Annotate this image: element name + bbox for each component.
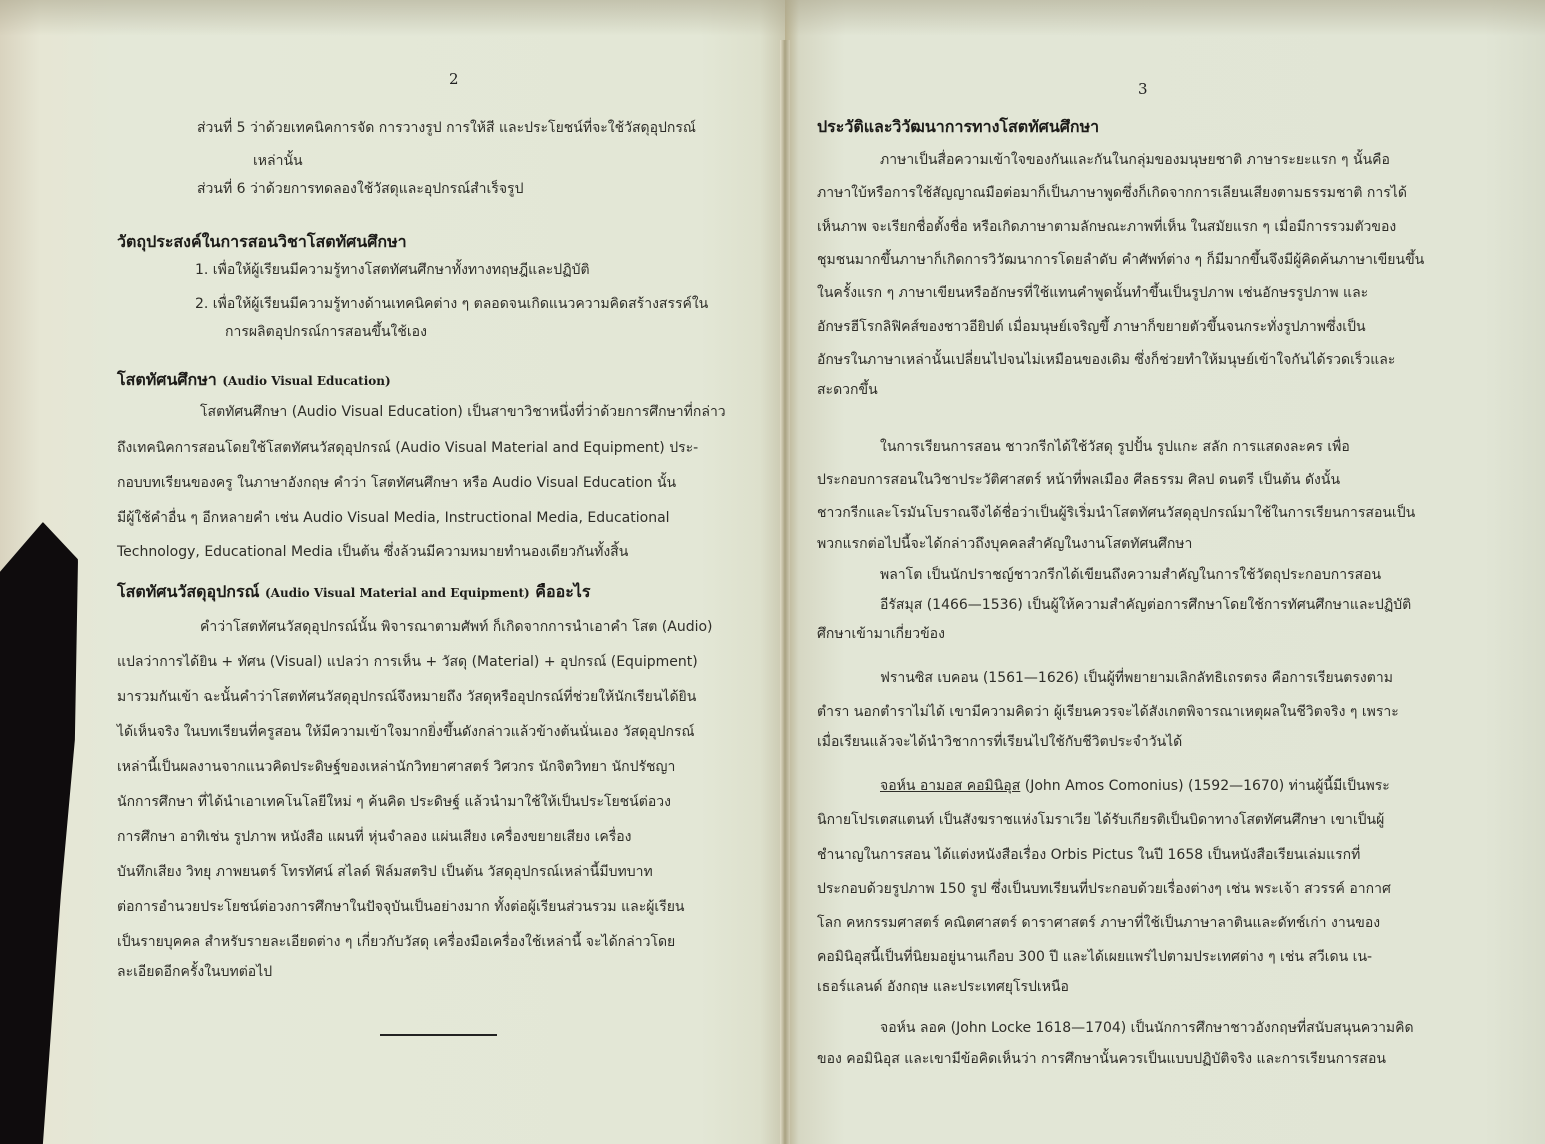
material-paragraph-line: ได้เห็นจริง ในบทเรียนที่ครูสอน ให้มีความ… <box>117 722 695 742</box>
section-end-rule <box>380 1034 497 1036</box>
right-page: 3 ประวัติและวิวัฒนาการทางโสตทัศนศึกษา ภา… <box>785 0 1545 1144</box>
material-paragraph-line: บันทึกเสียง วิทยุ ภาพยนตร์ โทรทัศน์ สไลด… <box>117 862 653 882</box>
material-heading-english: (Audio Visual Material and Equipment) <box>265 586 530 600</box>
history-paragraph-line: อักษรฮีโรกลิฟิคส์ของชาวอียิปต์ เมื่อมนุษ… <box>817 317 1366 337</box>
objective-1: 1. เพื่อให้ผู้เรียนมีความรู้ทางโสตทัศนศึ… <box>195 260 590 280</box>
comenius-paragraph-line: ประกอบด้วยรูปภาพ 150 รูป ซึ่งเป็นบทเรียน… <box>817 879 1391 899</box>
greek-paragraph-line: ประกอบการสอนในวิชาประวัติศาสตร์ หน้าที่พ… <box>817 470 1340 490</box>
material-heading-thai: โสตทัศนวัสดุอุปกรณ์ <box>117 582 259 601</box>
section-5-line: ส่วนที่ 5 ว่าด้วยเทคนิคการจัด การวางรูป … <box>197 118 696 138</box>
comenius-paragraph-line: โลก คหกรรมศาสตร์ คณิตศาสตร์ ดาราศาสตร์ ภ… <box>817 913 1380 933</box>
av-education-heading: โสตทัศนศึกษา (Audio Visual Education) <box>117 368 391 393</box>
history-heading: ประวัติและวิวัฒนาการทางโสตทัศนศึกษา <box>817 115 1099 140</box>
av-paragraph-line: กอบบทเรียนของครู ในภาษาอังกฤษ คำว่า โสตท… <box>117 473 676 493</box>
history-paragraph-line: ภาษาใบ้หรือการใช้สัญญาณมือต่อมาก็เป็นภาษ… <box>817 183 1407 203</box>
locke-paragraph-line: ของ คอมินิอุส และเขามีข้อคิดเห็นว่า การศ… <box>817 1049 1386 1069</box>
section-6-line: ส่วนที่ 6 ว่าด้วยการทดลองใช้วัสดุและอุปก… <box>197 179 523 199</box>
material-paragraph-line: นักการศึกษา ที่ได้นำเอาเทคโนโลยีใหม่ ๆ ค… <box>117 792 671 812</box>
plato-paragraph: พลาโต เป็นนักปราชญ์ชาวกรีกได้เขียนถึงควา… <box>880 565 1381 585</box>
page-number-right: 3 <box>1138 80 1148 98</box>
objective-2-continuation: การผลิตอุปกรณ์การสอนขึ้นใช้เอง <box>225 322 427 342</box>
greek-paragraph-line: ชาวกรีกและโรมันโบราณจึงได้ชื่อว่าเป็นผู้… <box>817 503 1415 523</box>
erasmus-paragraph-line: ศึกษาเข้ามาเกี่ยวข้อง <box>817 624 945 644</box>
history-paragraph-line: ภาษาเป็นสื่อความเข้าใจของกันและกันในกลุ่… <box>880 150 1390 170</box>
locke-paragraph-line: จอห์น ลอค (John Locke 1618—1704) เป็นนัก… <box>880 1018 1414 1038</box>
av-heading-english: (Audio Visual Education) <box>222 374 390 388</box>
material-paragraph-line: คำว่าโสตทัศนวัสดุอุปกรณ์นั้น พิจารณาตามศ… <box>200 617 713 637</box>
material-paragraph-line: การศึกษา อาทิเช่น รูปภาพ หนังสือ แผนที่ … <box>117 827 632 847</box>
objectives-heading: วัตถุประสงค์ในการสอนวิชาโสตทัศนศึกษา <box>117 230 407 255</box>
history-paragraph-line: ชุมชนมากขึ้นภาษาก็เกิดการวิวัฒนาการโดยลำ… <box>817 250 1424 270</box>
av-heading-thai: โสตทัศนศึกษา <box>117 370 217 389</box>
comenius-paragraph-line: เธอร์แลนด์ อังกฤษ และประเทศยุโรปเหนือ <box>817 977 1069 997</box>
material-paragraph-line: แปลว่าการได้ยิน + ทัศน (Visual) แปลว่า ก… <box>117 652 698 672</box>
av-paragraph-line: ถึงเทคนิคการสอนโดยใช้โสตทัศนวัสดุอุปกรณ์… <box>117 438 698 458</box>
greek-paragraph-line: พวกแรกต่อไปนี้จะได้กล่าวถึงบุคคลสำคัญในง… <box>817 534 1192 554</box>
material-paragraph-line: ละเอียดอีกครั้งในบทต่อไป <box>117 962 272 982</box>
material-paragraph-line: เหล่านี้เป็นผลงานจากแนวคิดประดิษฐ์ของเหล… <box>117 757 675 777</box>
history-paragraph-line: ในครั้งแรก ๆ ภาษาเขียนหรืออักษรที่ใช้แทน… <box>817 283 1368 303</box>
material-paragraph-line: ต่อการอำนวยประโยชน์ต่อวงการศึกษาในปัจจุบ… <box>117 897 685 917</box>
comenius-paragraph-line: (John Amos Comonius) (1592—1670) ท่านผู้… <box>1025 778 1390 794</box>
history-paragraph-line: อักษรในภาษาเหล่านั้นเปลี่ยนไปจนไม่เหมือน… <box>817 350 1395 370</box>
material-heading-suffix: คืออะไร <box>535 582 590 601</box>
bacon-paragraph-line: ฟรานซิส เบคอน (1561—1626) เป็นผู้ที่พยาย… <box>880 668 1393 688</box>
av-paragraph-line: Technology, Educational Media เป็นต้น ซึ… <box>117 542 628 562</box>
material-heading: โสตทัศนวัสดุอุปกรณ์ (Audio Visual Materi… <box>117 580 590 605</box>
comenius-name: จอห์น อามอส คอมินิอุส <box>880 778 1020 794</box>
section-5-continuation: เหล่านั้น <box>253 151 303 171</box>
bacon-paragraph-line: ตำรา นอกตำราไม่ได้ เขามีความคิดว่า ผู้เร… <box>817 702 1399 722</box>
material-paragraph-line: มารวมกันเข้า ฉะนั้นคำว่าโสตทัศนวัสดุอุปก… <box>117 687 696 707</box>
page-number-left: 2 <box>449 70 459 88</box>
objective-2: 2. เพื่อให้ผู้เรียนมีความรู้ทางด้านเทคนิ… <box>195 294 708 314</box>
greek-paragraph-line: ในการเรียนการสอน ชาวกรีกได้ใช้วัสดุ รูปป… <box>880 437 1350 457</box>
left-page: 2 ส่วนที่ 5 ว่าด้วยเทคนิคการจัด การวางรู… <box>0 0 785 1144</box>
erasmus-paragraph-line: อีรัสมุส (1466—1536) เป็นผู้ให้ความสำคัญ… <box>880 595 1411 615</box>
book-gutter <box>780 40 790 1144</box>
book-spread: 2 ส่วนที่ 5 ว่าด้วยเทคนิคการจัด การวางรู… <box>0 0 1545 1144</box>
comenius-paragraph-first-line: จอห์น อามอส คอมินิอุส (John Amos Comoniu… <box>880 776 1390 796</box>
av-paragraph-line: โสตทัศนศึกษา (Audio Visual Education) เป… <box>200 402 726 422</box>
material-paragraph-line: เป็นรายบุคคล สำหรับรายละเอียดต่าง ๆ เกี่… <box>117 932 675 952</box>
comenius-paragraph-line: คอมินิอุสนี้เป็นที่นิยมอยู่นานเกือบ 300 … <box>817 947 1372 967</box>
comenius-paragraph-line: ชำนาญในการสอน ได้แต่งหนังสือเรื่อง Orbis… <box>817 845 1360 865</box>
top-shadow <box>0 0 1545 36</box>
history-paragraph-line: สะดวกขึ้น <box>817 380 878 400</box>
bacon-paragraph-line: เมื่อเรียนแล้วจะได้นำวิชาการที่เรียนไปใช… <box>817 732 1182 752</box>
comenius-paragraph-line: นิกายโปรเตสแตนท์ เป็นสังฆราชแห่งโมราเวีย… <box>817 810 1384 830</box>
history-paragraph-line: เห็นภาพ จะเรียกชื่อตั้งชื่อ หรือเกิดภาษา… <box>817 217 1396 237</box>
av-paragraph-line: มีผู้ใช้คำอื่น ๆ อีกหลายคำ เช่น Audio Vi… <box>117 508 670 528</box>
